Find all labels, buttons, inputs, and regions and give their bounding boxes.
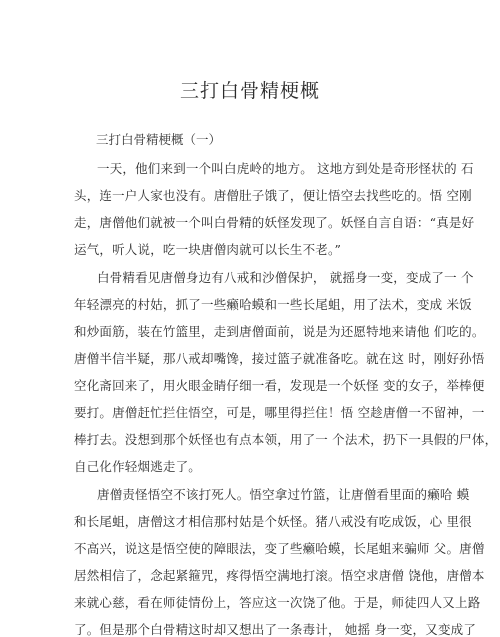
paragraph-line: 唐僧责怪悟空不该打死人。悟空拿过竹篮，让唐僧看里面的癞哈 蟆 bbox=[97, 485, 457, 503]
paragraph-line: 年轻漂亮的村姑，抓了一些癞哈蟆和一些长尾蛆，用了法术，变成 米饭 bbox=[74, 295, 434, 313]
paragraph-line: 空化斋回来了，用火眼金睛仔细一看，发现是一个妖怪 变的女子，举棒便 bbox=[74, 376, 434, 394]
paragraph-line: 运气，听人说，吃一块唐僧肉就可以长生不老。” bbox=[74, 240, 434, 258]
paragraph-line: 居然相信了，念起紧箍咒，疼得悟空满地打滚。悟空求唐僧 饶他，唐僧本 bbox=[74, 566, 434, 584]
paragraph-line: 棒打去。没想到那个妖怪也有点本领，用了一 个法术，扔下一具假的尸体， bbox=[74, 430, 434, 448]
paragraph-line: 要打。唐僧赶忙拦住悟空，可是，哪里得拦住！悟 空趁唐僧一不留神，一 bbox=[74, 403, 434, 421]
paragraph-line: 和炒面筋，装在竹篮里，走到唐僧面前，说是为还愿特地来请他 们吃的。 bbox=[74, 322, 434, 340]
paragraph-line: 和长尾蛆，唐僧这才相信那村姑是个妖怪。猪八戒没有吃成饭，心 里很 bbox=[74, 512, 434, 530]
paragraph-line: 唐僧半信半疑，那八戒却嘴馋，接过篮子就准备吃。就在这 时，刚好孙悟 bbox=[74, 349, 434, 367]
section-subtitle: 三打白骨精梗概（一） bbox=[96, 130, 221, 148]
paragraph-line: 一天，他们来到一个叫白虎岭的地方。 这地方到处是奇形怪状的 石 bbox=[97, 159, 457, 177]
paragraph-line: 来就心慈，看在师徒情份上，答应这一次饶了他。于是，师徒四人又上路 bbox=[74, 593, 434, 611]
paragraph-line: 走，唐僧他们就被一个叫白骨精的妖怪发现了。妖怪自言自语：“真是好 bbox=[74, 213, 434, 231]
document-title: 三打白骨精梗概 bbox=[0, 76, 500, 103]
paragraph-line: 白骨精看见唐僧身边有八戒和沙僧保护， 就摇身一变，变成了一 个 bbox=[97, 268, 457, 286]
paragraph-line: 自己化作轻烟逃走了。 bbox=[74, 457, 434, 475]
paragraph-line: 头，连一户人家也没有。唐僧肚子饿了，便让悟空去找些吃的。悟 空刚 bbox=[74, 186, 434, 204]
paragraph-line: 了。但是那个白骨精这时却又想出了一条毒计， 她摇 身一变，又变成了 bbox=[74, 620, 434, 637]
paragraph-line: 不高兴，说这是悟空使的障眼法，变了些癞哈蟆，长尾蛆来骗师 父。唐僧 bbox=[74, 539, 434, 557]
